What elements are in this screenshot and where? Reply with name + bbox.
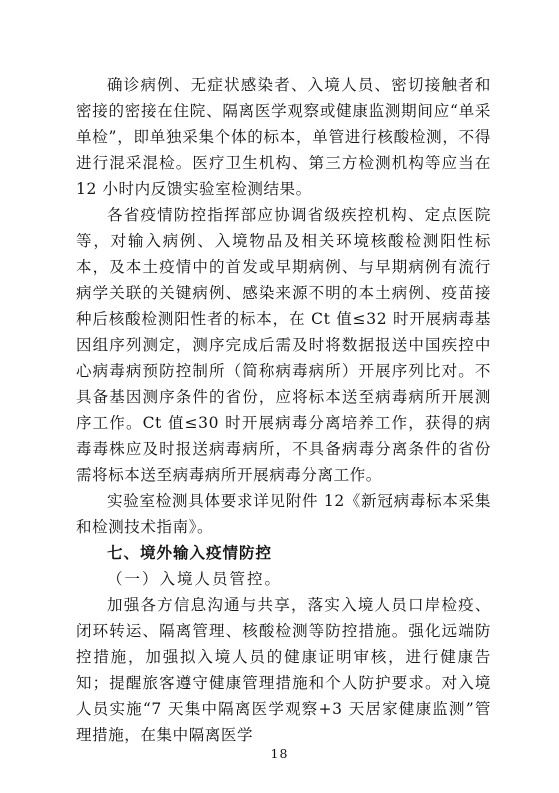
page-body-text: 确诊病例、无症状感染者、入境人员、密切接触者和密接的密接在住院、隔离医学观察或健… xyxy=(76,72,491,748)
page-number: 18 xyxy=(0,746,559,761)
subsection-heading-entry-personnel-control: （一）入境人员管控。 xyxy=(76,566,491,592)
paragraph-entry-personnel-measures: 加强各方信息沟通与共享，落实入境人员口岸检疫、闭环转运、隔离管理、核酸检测等防控… xyxy=(76,592,491,748)
paragraph-appendix-reference: 实验室检测具体要求详见附件 12《新冠病毒标本采集和检测技术指南》。 xyxy=(76,488,491,540)
section-heading-imported-epidemic-prevention: 七、境外输入疫情防控 xyxy=(76,540,491,566)
document-page: 确诊病例、无症状感染者、入境人员、密切接触者和密接的密接在住院、隔离医学观察或健… xyxy=(0,0,559,793)
paragraph-single-sample-testing: 确诊病例、无症状感染者、入境人员、密切接触者和密接的密接在住院、隔离医学观察或健… xyxy=(76,72,491,202)
paragraph-gene-sequencing: 各省疫情防控指挥部应协调省级疾控机构、定点医院等，对输入病例、入境物品及相关环境… xyxy=(76,202,491,488)
